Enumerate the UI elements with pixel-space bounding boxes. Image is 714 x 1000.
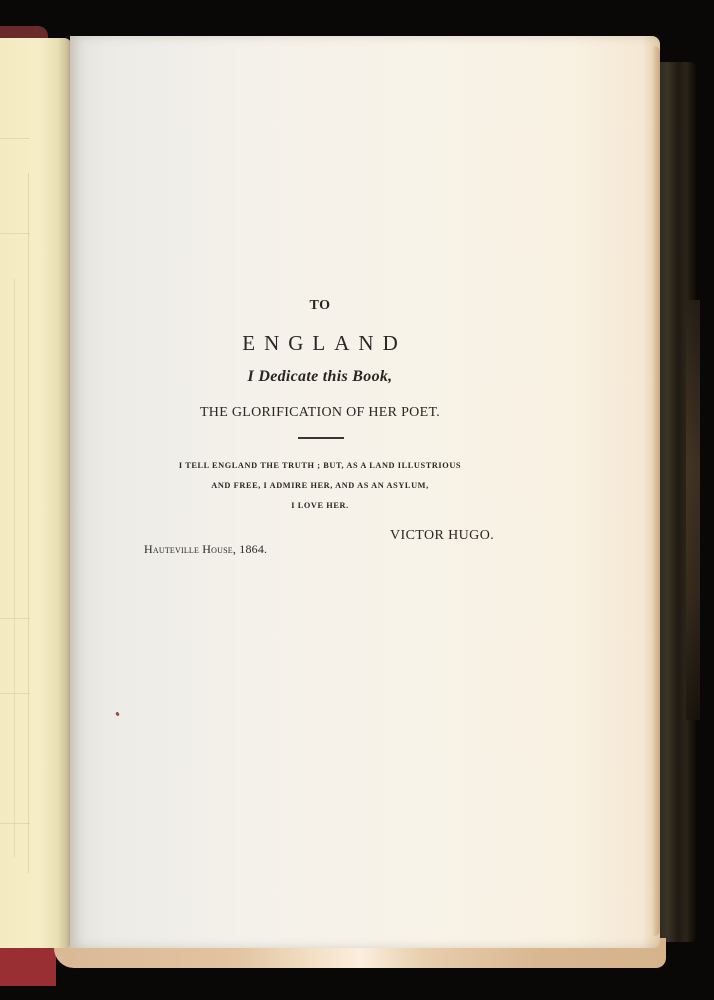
author-signature: VICTOR HUGO.	[390, 528, 494, 544]
leaf-show-through-line	[0, 823, 30, 824]
leaf-show-through-line	[0, 618, 30, 619]
leaf-show-through-line	[28, 173, 29, 873]
dedication-to: TO	[70, 298, 570, 314]
divider-rule	[298, 437, 344, 439]
place-and-date: Hauteville House, 1864.	[144, 542, 267, 557]
dedication-page	[70, 36, 660, 948]
dedication-subtitle: THE GLORIFICATION OF HER POET.	[70, 405, 570, 421]
quote-line-3: I LOVE HER.	[70, 501, 570, 510]
left-page-leaf	[0, 38, 72, 948]
dedication-recipient: ENGLAND	[70, 331, 570, 356]
leaf-show-through-line	[0, 693, 30, 694]
leaf-show-through-line	[0, 138, 30, 139]
leaf-show-through-line	[14, 278, 15, 858]
leaf-show-through-line	[0, 233, 30, 234]
dedication-statement: I Dedicate this Book,	[70, 368, 570, 386]
book-spine-detail	[686, 300, 700, 720]
quote-line-2: AND FREE, I ADMIRE HER, AND AS AN ASYLUM…	[70, 481, 570, 490]
quote-line-1: I TELL ENGLAND THE TRUTH ; BUT, AS A LAN…	[145, 461, 495, 470]
page-edge-foxing	[652, 46, 660, 936]
